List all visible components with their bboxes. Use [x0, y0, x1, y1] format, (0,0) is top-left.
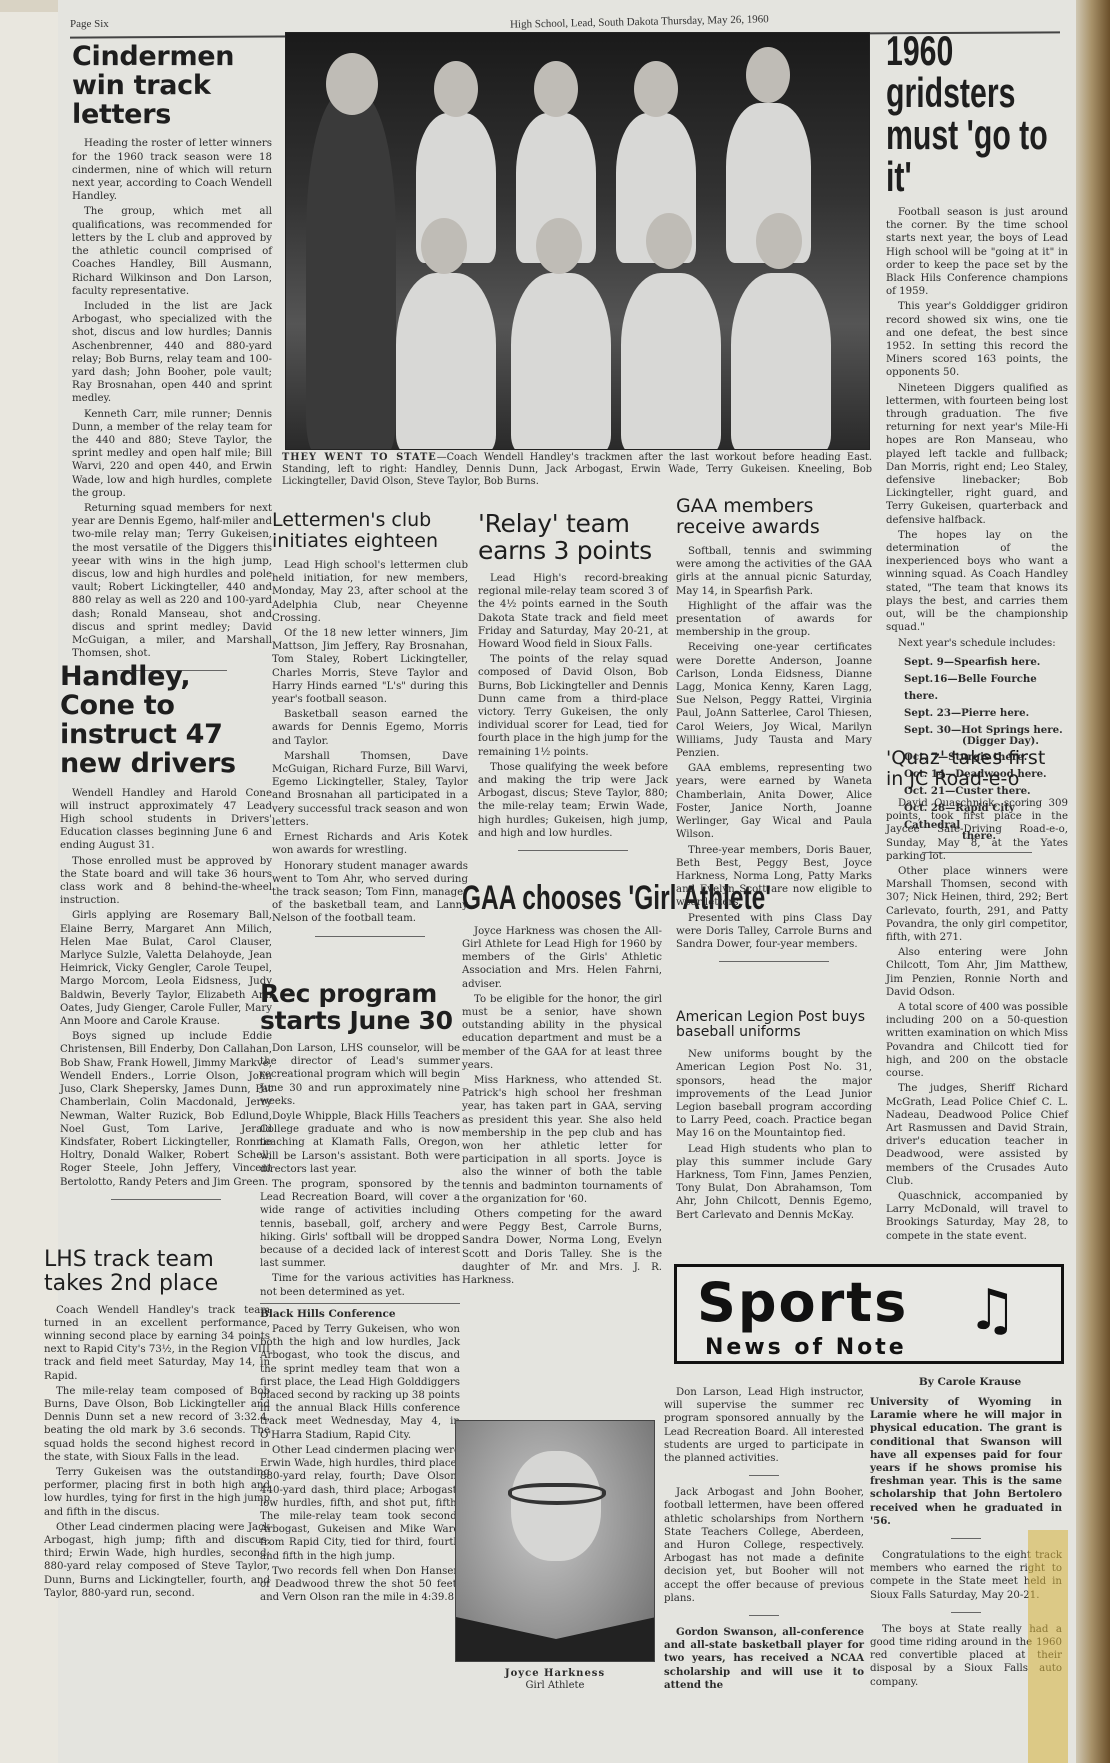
paragraph: Nineteen Diggers qualified as lettermen,…: [886, 382, 1068, 527]
headline: Cindermen win track letters: [72, 42, 272, 129]
paragraph: The program, sponsored by the Lead Recre…: [260, 1178, 460, 1270]
athlete-head: [634, 61, 678, 117]
paragraph: Lead High students who plan to play this…: [676, 1143, 872, 1222]
paragraph: Coach Wendell Handley's track team turne…: [44, 1304, 270, 1383]
athlete-head: [534, 61, 578, 117]
headline: 1960 gridsters must 'go to it': [886, 30, 1066, 198]
paragraph: Terry Gukeisen was the outstanding perfo…: [44, 1466, 270, 1519]
paragraph: Those enrolled must be approved by the S…: [60, 855, 272, 908]
caption-title: Girl Athlete: [455, 1680, 655, 1692]
headline: 'Quaz' takes first in JC Road-e-o: [886, 748, 1068, 789]
banner-subtitle: News of Note: [705, 1335, 907, 1360]
paragraph: Honorary student manager awards went to …: [272, 860, 468, 926]
athlete-head: [434, 61, 478, 117]
athlete-head: [746, 47, 790, 103]
paragraph: Also entering were John Chilcott, Tom Ah…: [886, 946, 1068, 999]
paragraph: Two records fell when Don Hansen of Dead…: [260, 1565, 460, 1605]
paragraph: The hopes lay on the determination of th…: [886, 529, 1068, 635]
schedule-row: Sept.16—Belle Fourche there.: [904, 671, 1068, 705]
article-quaz: 'Quaz' takes first in JC Road-e-o David …: [886, 748, 1068, 1245]
paragraph: Those qualifying the week before and mak…: [478, 761, 668, 840]
paragraph: Lead High's record-breaking regional mil…: [478, 572, 668, 651]
article-gaa-athlete: GAA chooses 'Girl Athlete' Joyce Harknes…: [462, 880, 662, 1289]
dateline: High School, Lead, South Dakota Thursday…: [510, 13, 769, 30]
divider: [951, 1612, 981, 1613]
paragraph: Boys signed up include Eddie Christensen…: [60, 1030, 272, 1188]
headline: LHS track team takes 2nd place: [44, 1248, 270, 1296]
paragraph: Joyce Harkness was chosen the All-Girl A…: [462, 925, 662, 991]
headline: Handley, Cone to instruct 47 new drivers: [60, 662, 272, 779]
girl-athlete-photo: [455, 1420, 655, 1662]
paragraph: Returning squad members for next year ar…: [72, 502, 272, 660]
paragraph: The judges, Sheriff Richard McGrath, Lea…: [886, 1082, 1068, 1188]
article-legion: American Legion Post buys baseball unifo…: [676, 1010, 872, 1224]
paragraph: Wendell Handley and Harold Cone will ins…: [60, 787, 272, 853]
headline: 'Relay' team earns 3 points: [478, 510, 668, 564]
paragraph: GAA emblems, representing two years, wer…: [676, 762, 872, 841]
paragraph: The mile-relay team composed of Bob Burn…: [44, 1385, 270, 1464]
article-lhs-track: LHS track team takes 2nd place Coach Wen…: [44, 1248, 270, 1602]
kneeling-head: [646, 213, 692, 269]
paragraph: Basketball season earned the awards for …: [272, 708, 468, 748]
schedule-row: Sept. 9—Spearfish here.: [904, 654, 1068, 671]
paragraph: The points of the relay squad composed o…: [478, 653, 668, 759]
glasses-icon: [508, 1483, 606, 1505]
paragraph: Gordon Swanson, all-conference and all-s…: [664, 1626, 864, 1692]
paragraph: Doyle Whipple, Black Hills Teachers Coll…: [260, 1110, 460, 1176]
headline: Lettermen's club initiates eighteen: [272, 510, 468, 551]
portrait-face: [511, 1451, 601, 1561]
page-label: Page Six: [70, 18, 109, 30]
paragraph: Paced by Terry Gukeisen, who won both th…: [260, 1323, 460, 1442]
paragraph: Highlight of the affair was the presenta…: [676, 600, 872, 640]
team-photo-caption: THEY WENT TO STATE—Coach Wendell Handley…: [282, 452, 872, 488]
paragraph: Marshall Thomsen, Dave McGuigan, Richard…: [272, 750, 468, 829]
paragraph: Other place winners were Marshall Thomse…: [886, 865, 1068, 944]
banner-title: Sports: [697, 1271, 908, 1334]
paragraph: To be eligible for the honor, the girl m…: [462, 993, 662, 1072]
divider: [951, 1538, 981, 1539]
divider: [260, 1303, 460, 1304]
paragraph: New uniforms bought by the American Legi…: [676, 1048, 872, 1140]
paragraph: Quaschnick, accompanied by Larry McDonal…: [886, 1190, 1068, 1243]
divider: [749, 1615, 779, 1616]
headline: American Legion Post buys baseball unifo…: [676, 1010, 872, 1040]
paragraph: Jack Arbogast and John Booher, football …: [664, 1486, 864, 1605]
article-cindermen: Cindermen win track letters Heading the …: [72, 42, 272, 681]
paragraph: Other Lead cindermen placing were Erwin …: [260, 1444, 460, 1563]
paragraph: Next year's schedule includes:: [886, 637, 1068, 650]
music-note-icon: ♫: [967, 1281, 1017, 1341]
paragraph: Three-year members, Doris Bauer, Beth Be…: [676, 844, 872, 910]
article-drivers: Handley, Cone to instruct 47 new drivers…: [60, 662, 272, 1210]
paragraph: Time for the various activities has not …: [260, 1272, 460, 1298]
paragraph: Receiving one-year certificates were Dor…: [676, 641, 872, 760]
article-gaa-awards: GAA members receive awards Softball, ten…: [676, 496, 872, 972]
schedule-row: Sept. 23—Pierre here.: [904, 705, 1068, 722]
paragraph: Presented with pins Class Day were Doris…: [676, 912, 872, 952]
divider: [719, 961, 829, 962]
coach-figure: [306, 93, 396, 450]
binding-spine: [1076, 0, 1110, 1763]
article-relay: 'Relay' team earns 3 points Lead High's …: [478, 510, 668, 861]
divider: [749, 1475, 779, 1476]
coach-head: [326, 53, 378, 115]
divider: [315, 936, 425, 937]
kneeling-figure: [511, 273, 611, 450]
paragraph: Kenneth Carr, mile runner; Dennis Dunn, …: [72, 408, 272, 500]
sports-news-left: Don Larson, Lead High instructor, will s…: [664, 1386, 864, 1694]
paragraph: Girls applying are Rosemary Ball, Elaine…: [60, 909, 272, 1028]
paragraph: The group, which met all qualifications,…: [72, 205, 272, 297]
girl-athlete-caption: Joyce Harkness Girl Athlete: [455, 1668, 655, 1692]
paragraph: Other Lead cindermen placing were Jack A…: [44, 1521, 270, 1600]
article-lettermen: Lettermen's club initiates eighteen Lead…: [272, 510, 468, 947]
portrait-dress: [456, 1606, 655, 1661]
paragraph: Don Larson, LHS counselor, will be the d…: [260, 1042, 460, 1108]
headline: GAA chooses 'Girl Athlete': [462, 880, 656, 917]
paragraph: Heading the roster of letter winners for…: [72, 137, 272, 203]
paragraph: Softball, tennis and swimming were among…: [676, 545, 872, 598]
paragraph: Ernest Richards and Aris Kotek won award…: [272, 831, 468, 857]
paragraph: University of Wyoming in Laramie where h…: [870, 1396, 1062, 1528]
sports-news-banner: Sports News of Note ♫: [674, 1264, 1064, 1364]
caption-lead: THEY WENT TO STATE: [282, 452, 437, 463]
kneeling-figure: [731, 273, 831, 450]
paragraph: This year's Golddigger gridiron record s…: [886, 300, 1068, 379]
paragraph: Miss Harkness, who attended St. Patrick'…: [462, 1074, 662, 1206]
paragraph: A total score of 400 was possible includ…: [886, 1001, 1068, 1080]
kneeling-head: [756, 213, 802, 269]
article-gridsters: 1960 gridsters must 'go to it' Football …: [886, 30, 1068, 863]
paragraph: Lead High school's lettermen club held i…: [272, 559, 468, 625]
divider: [111, 1199, 221, 1200]
byline: By Carole Krause: [880, 1376, 1060, 1388]
kneeling-figure: [396, 273, 496, 450]
team-photo: [285, 32, 870, 450]
kneeling-head: [421, 218, 467, 274]
divider: [518, 850, 628, 851]
paragraph: Others competing for the award were Pegg…: [462, 1208, 662, 1287]
paragraph: Football season is just around the corne…: [886, 206, 1068, 298]
kneeling-figure: [621, 273, 721, 450]
headline: Rec program starts June 30: [260, 980, 460, 1034]
article-rec-program: Rec program starts June 30 Don Larson, L…: [260, 980, 460, 1606]
tape-stain: [1028, 1530, 1068, 1763]
paragraph: Included in the list are Jack Arbogast, …: [72, 300, 272, 406]
paragraph: Don Larson, Lead High instructor, will s…: [664, 1386, 864, 1465]
headline: GAA members receive awards: [676, 496, 872, 537]
paragraph: Of the 18 new letter winners, Jim Mattso…: [272, 627, 468, 706]
paragraph: David Quaschnick, scoring 309 points, to…: [886, 797, 1068, 863]
kneeling-head: [536, 218, 582, 274]
subhead: Black Hills Conference: [260, 1308, 460, 1321]
caption-name: Joyce Harkness: [455, 1668, 655, 1680]
